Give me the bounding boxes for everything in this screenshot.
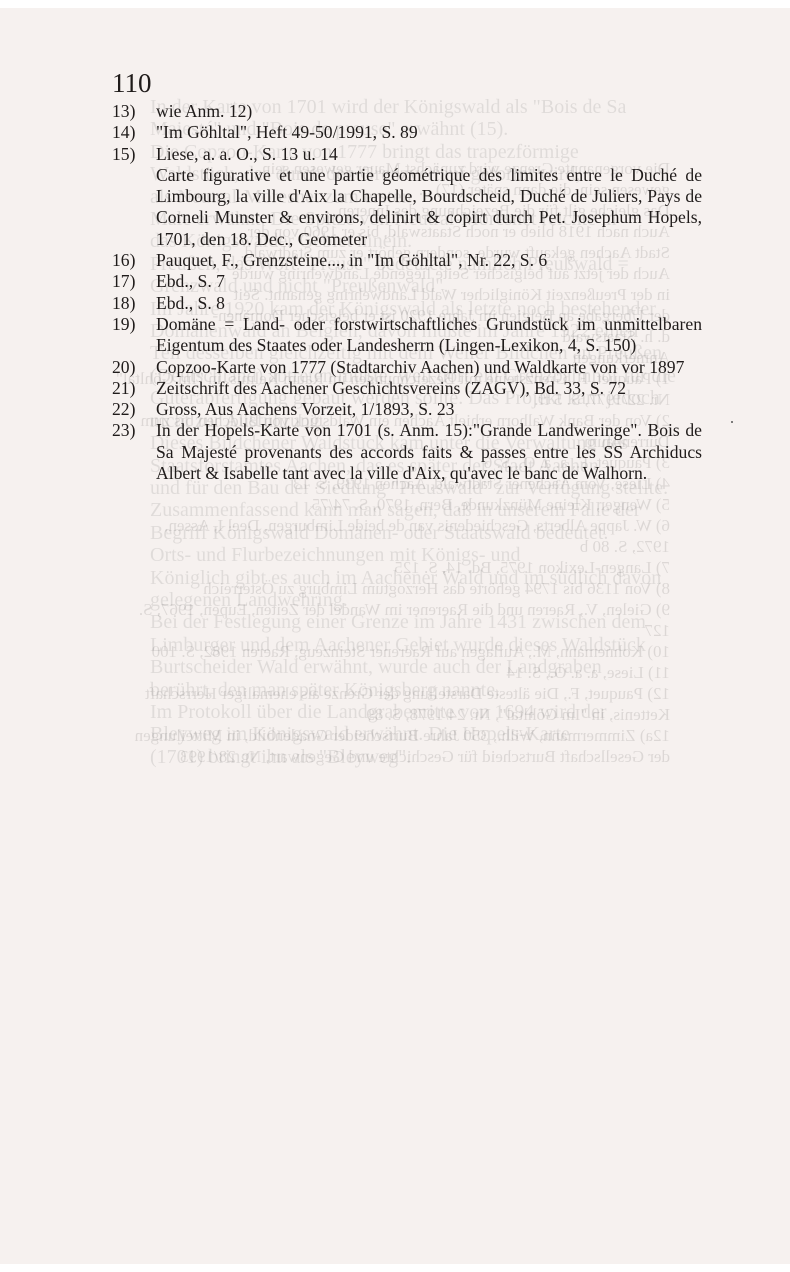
- showthrough-line: 7) Langen-Lexikon 1975, Bd. 14, S. 125: [110, 557, 670, 578]
- page-number: 110: [112, 68, 152, 99]
- showthrough-line: der Gesellschaft Burtscheid für Geschich…: [110, 746, 670, 767]
- footnote-13: 13) wie Anm. 12): [112, 101, 702, 122]
- footnote-number: 22): [112, 399, 156, 420]
- footnote-number: 23): [112, 420, 156, 441]
- showthrough-line: Bleyweg im Königswald erwähnt. Die Hopel…: [150, 723, 710, 745]
- footnote-15: 15) Liese, a. a. O., S. 13 u. 14: [112, 144, 702, 165]
- footnote-text: Gross, Aus Aachens Vorzeit, 1/1893, S. 2…: [156, 399, 702, 420]
- footnote-number: 17): [112, 271, 156, 292]
- footnote-20: 20) Copzoo-Karte von 1777 (Stadtarchiv A…: [112, 357, 702, 378]
- footnote-number: 21): [112, 378, 156, 399]
- showthrough-line: (1701) bringt ihn als "Bleyweg".: [150, 746, 710, 768]
- showthrough-line: 127: [110, 620, 670, 641]
- footnote-number: 16): [112, 250, 156, 271]
- showthrough-line: Limburger und dem Aachener Gebiet wurde …: [150, 634, 710, 656]
- footnote-text: Zeitschrift des Aachener Geschichtsverei…: [156, 378, 702, 399]
- footnote-text: Ebd., S. 7: [156, 271, 702, 292]
- scan-speck: [731, 421, 733, 423]
- footnote-text: In der Hopels-Karte von 1701 (s. Anm. 15…: [156, 420, 702, 484]
- showthrough-line: berührt, den man später Königsberg nannt…: [150, 679, 710, 701]
- scanned-page: In der Karte von 1701 wird der Königswal…: [0, 8, 790, 1264]
- showthrough-line: 12) Pauquet, F., Die älteste Darstellung…: [110, 683, 670, 704]
- footnote-text: Pauquet, F., Grenzsteine..., in "Im Göhl…: [156, 250, 702, 271]
- footnotes-list: 13) wie Anm. 12) 14) "Im Göhltal", Heft …: [112, 101, 702, 484]
- showthrough-line: 12a) Zimmermann, Wilh., 350 Jahre Burtsc…: [110, 725, 670, 746]
- footnote-text: Liese, a. a. O., S. 13 u. 14: [156, 144, 702, 165]
- footnote-text: Ebd., S. 8: [156, 293, 702, 314]
- showthrough-line: 9) Gielen, V., Raeren und die Raerener i…: [110, 599, 670, 620]
- footnote-18: 18) Ebd., S. 8: [112, 293, 702, 314]
- footnote-text: wie Anm. 12): [156, 101, 702, 122]
- showthrough-line: 5) Wenger, Kleine Münzkunde, Bern, 1970,…: [110, 494, 670, 515]
- showthrough-line: gelegenen Landwehring.: [150, 589, 710, 611]
- showthrough-line: Orts- und Flurbezeichnungen mit Königs- …: [150, 544, 710, 566]
- footnote-number: 13): [112, 101, 156, 122]
- footnote-21: 21) Zeitschrift des Aachener Geschichtsv…: [112, 378, 702, 399]
- footnote-text: "Im Göhltal", Heft 49-50/1991, S. 89: [156, 122, 702, 143]
- showthrough-line: Zusammenfassend kann man sagen, daß in u…: [150, 499, 710, 521]
- showthrough-line: Kettenis, in "Im Göhltal", Nr. 24/1978, …: [110, 704, 670, 725]
- footnote-number: 15): [112, 144, 156, 165]
- showthrough-line: 6) W. Jappe Alberts, Geschiedenis van de…: [110, 515, 670, 536]
- footnote-number: 20): [112, 357, 156, 378]
- showthrough-line: 1972, S. 80 b: [110, 536, 670, 557]
- footnote-15-continuation: Carte figurative et une partie géométriq…: [112, 165, 702, 250]
- showthrough-line: Königlich gibt es auch im Aachener Wald …: [150, 567, 710, 589]
- footnote-text: Copzoo-Karte von 1777 (Stadtarchiv Aache…: [156, 357, 702, 378]
- showthrough-line: Begriff Königswald Domänen- oder Staatsw…: [150, 522, 710, 544]
- showthrough-line: 8) Von 1136 bis 1794 gehörte das Herzogt…: [110, 578, 670, 599]
- showthrough-line: Burtscheider Wald erwähnt, wurde auch de…: [150, 656, 710, 678]
- footnote-23: 23) In der Hopels-Karte von 1701 (s. Anm…: [112, 420, 702, 484]
- footnote-number: 19): [112, 314, 156, 335]
- showthrough-line: Im Protokoll über die Landgrabenritte vo…: [150, 701, 710, 723]
- footnote-19: 19) Domäne = Land- oder forstwirtschaftl…: [112, 314, 702, 357]
- footnote-number: 18): [112, 293, 156, 314]
- showthrough-line: 10) Kohnemann, M., Auflagen auf Raerener…: [110, 641, 670, 662]
- footnote-14: 14) "Im Göhltal", Heft 49-50/1991, S. 89: [112, 122, 702, 143]
- footnote-16: 16) Pauquet, F., Grenzsteine..., in "Im …: [112, 250, 702, 271]
- footnote-22: 22) Gross, Aus Aachens Vorzeit, 1/1893, …: [112, 399, 702, 420]
- footnote-number: 14): [112, 122, 156, 143]
- showthrough-line: Bei der Festlegung einer Grenze im Jahre…: [150, 611, 710, 633]
- showthrough-line: 11) Liese, a. a. O., S. 14: [110, 662, 670, 683]
- footnote-17: 17) Ebd., S. 7: [112, 271, 702, 292]
- footnote-text: Domäne = Land- oder forstwirtschaftliche…: [156, 314, 702, 357]
